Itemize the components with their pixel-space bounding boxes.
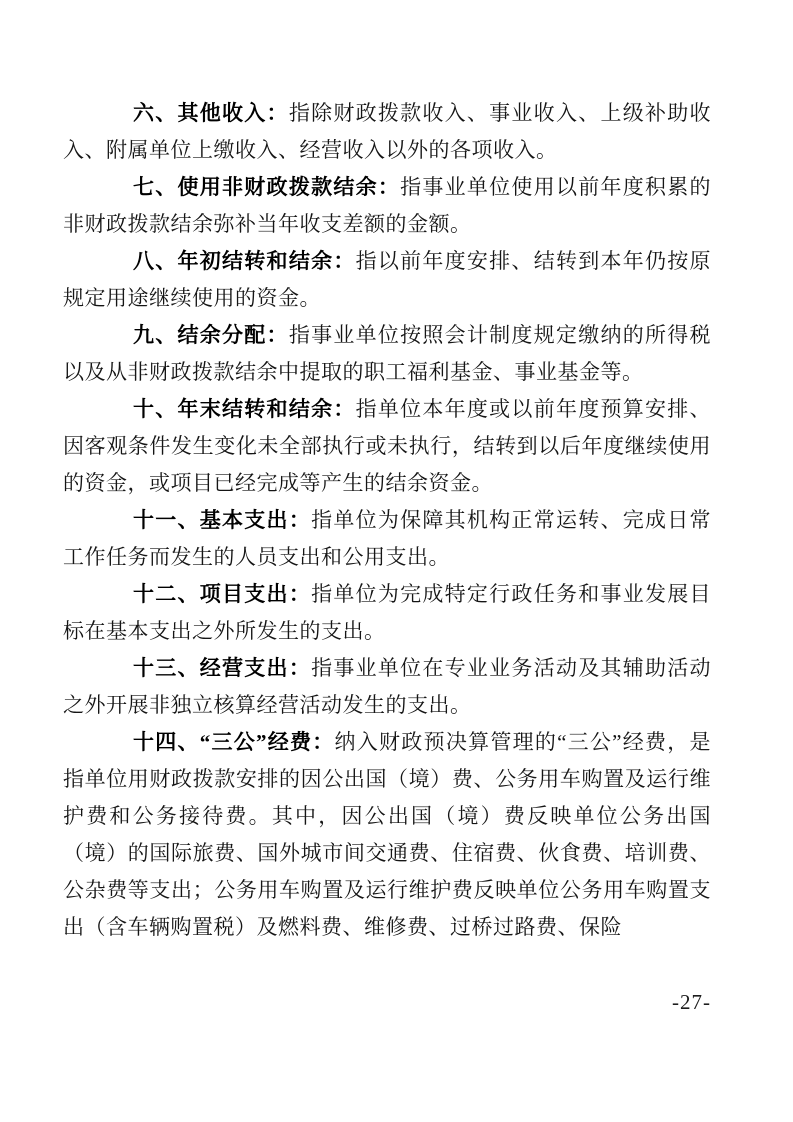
term-label: 十三、经营支出： [133, 656, 311, 680]
glossary-text-block: 六、其他收入：指除财政拨款收入、事业收入、上级补助收入、附属单位上缴收入、经营收… [63, 95, 711, 946]
glossary-paragraph: 十三、经营支出：指事业单位在专业业务活动及其辅助活动之外开展非独立核算经营活动发… [63, 650, 711, 724]
glossary-paragraph: 十二、项目支出：指单位为完成特定行政任务和事业发展目标在基本支出之外所发生的支出… [63, 576, 711, 650]
term-label: 十二、项目支出： [133, 582, 311, 606]
glossary-paragraph: 九、结余分配：指事业单位按照会计制度规定缴纳的所得税以及从非财政拨款结余中提取的… [63, 317, 711, 391]
term-label: 十、年末结转和结余： [133, 397, 356, 421]
page-number: -27- [63, 989, 711, 1015]
glossary-paragraph: 六、其他收入：指除财政拨款收入、事业收入、上级补助收入、附属单位上缴收入、经营收… [63, 95, 711, 169]
term-label: 六、其他收入： [133, 101, 289, 125]
term-label: 十四、“三公”经费： [133, 730, 335, 754]
glossary-paragraph: 七、使用非财政拨款结余：指事业单位使用以前年度积累的非财政拨款结余弥补当年收支差… [63, 169, 711, 243]
glossary-paragraph: 十、年末结转和结余：指单位本年度或以前年度预算安排、因客观条件发生变化未全部执行… [63, 391, 711, 502]
glossary-paragraph: 十四、“三公”经费：纳入财政预决算管理的“三公”经费，是指单位用财政拨款安排的因… [63, 724, 711, 946]
term-label: 七、使用非财政拨款结余： [133, 175, 400, 199]
definition-text: 纳入财政预决算管理的“三公”经费，是指单位用财政拨款安排的因公出国（境）费、公务… [63, 730, 711, 939]
glossary-paragraph: 八、年初结转和结余：指以前年度安排、结转到本年仍按原规定用途继续使用的资金。 [63, 243, 711, 317]
glossary-paragraph: 十一、基本支出：指单位为保障其机构正常运转、完成日常工作任务而发生的人员支出和公… [63, 502, 711, 576]
term-label: 九、结余分配： [133, 323, 289, 347]
document-page: 六、其他收入：指除财政拨款收入、事业收入、上级补助收入、附属单位上缴收入、经营收… [0, 0, 793, 1122]
term-label: 八、年初结转和结余： [133, 249, 356, 273]
term-label: 十一、基本支出： [133, 508, 311, 532]
